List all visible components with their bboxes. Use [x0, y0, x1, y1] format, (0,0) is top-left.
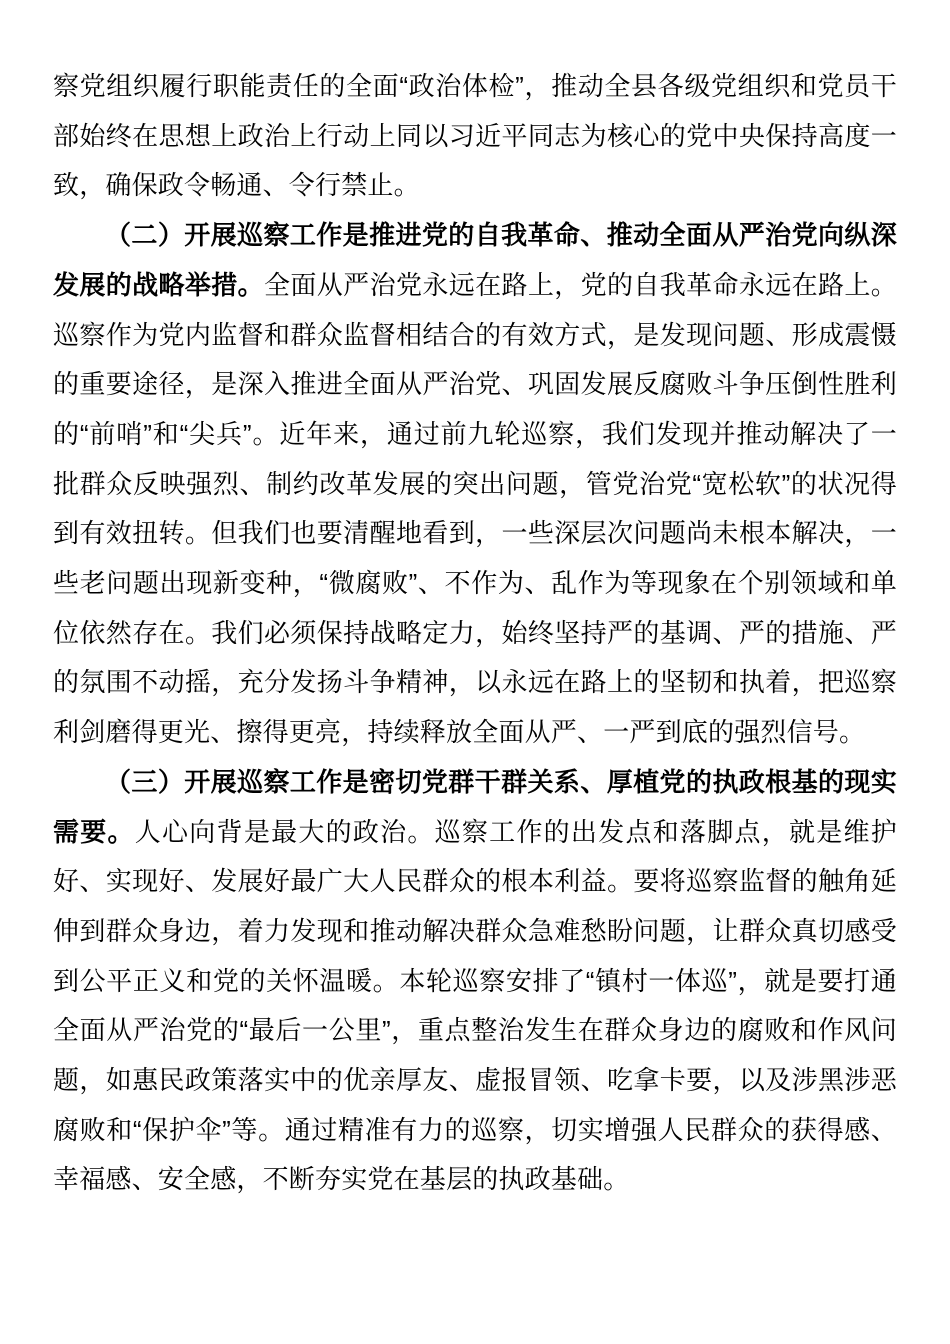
- text-run: 察党组织履行职能责任的全面“政治体检”，推动全县各级党组织和党员干部始终在思想上…: [53, 71, 897, 200]
- document-window: { "page": { "background_color": "#ffffff…: [0, 0, 950, 1344]
- document-body: 察党组织履行职能责任的全面“政治体检”，推动全县各级党组织和党员干部始终在思想上…: [53, 62, 897, 1205]
- text-run: 全面从严治党永远在路上，党的自我革命永远在路上。巡察作为党内监督和群众监督相结合…: [53, 270, 897, 747]
- document-page: 察党组织履行职能责任的全面“政治体检”，推动全县各级党组织和党员干部始终在思想上…: [0, 0, 950, 1344]
- paragraph-continuation: 察党组织履行职能责任的全面“政治体检”，推动全县各级党组织和党员干部始终在思想上…: [53, 62, 897, 211]
- text-run: 人心向背是最大的政治。巡察工作的出发点和落脚点，就是维护好、实现好、发展好最广大…: [53, 817, 897, 1195]
- paragraph-section-3: （三）开展巡察工作是密切党群干群关系、厚植党的执政根基的现实需要。人心向背是最大…: [53, 758, 897, 1205]
- paragraph-section-2: （二）开展巡察工作是推进党的自我革命、推动全面从严治党向纵深发展的战略举措。全面…: [53, 211, 897, 758]
